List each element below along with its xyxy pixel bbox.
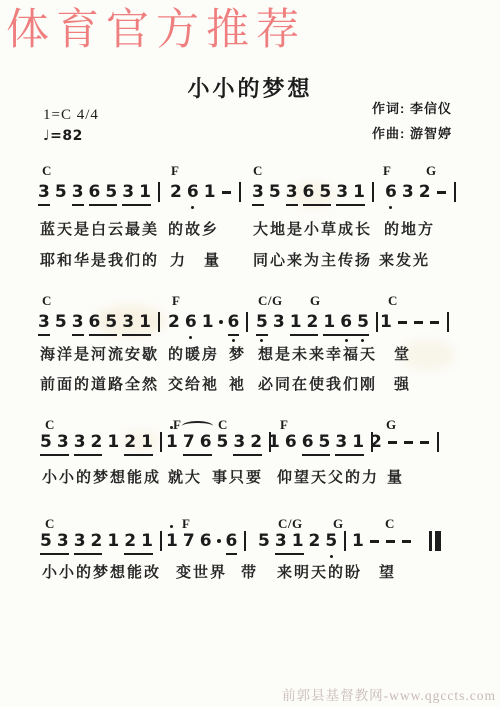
dash-note: [221, 182, 232, 202]
lyric-segment: 祂: [229, 373, 246, 394]
measure: 3536531: [38, 182, 162, 206]
note: 5: [40, 531, 52, 551]
dash-note: [397, 312, 408, 332]
dash-note: [419, 432, 430, 452]
note: 2: [250, 432, 262, 452]
dash-note: [385, 531, 396, 551]
note: 1: [353, 182, 365, 202]
chord-label: C: [45, 516, 55, 532]
lyric-segment: 前面的道路全然: [40, 373, 159, 394]
note: 1: [107, 531, 119, 551]
lyric-segment: 望: [379, 561, 396, 582]
chord-label: G: [310, 293, 321, 309]
lyric-segment: 量: [387, 466, 404, 487]
note-group: 31: [122, 312, 151, 336]
note-group: 32: [233, 432, 262, 456]
lyric-segment: 大地是小草成长: [253, 218, 372, 239]
bottom-watermark: 前郭县基督教网-www.qgccts.com: [282, 684, 496, 704]
note: 5: [258, 531, 270, 551]
lyric-segment: 小小的梦想能改: [42, 561, 161, 582]
chord-label: C: [42, 163, 52, 179]
composer-label: 作曲:: [372, 126, 405, 141]
lyricist-label: 作词:: [372, 101, 405, 116]
note: 3: [74, 531, 86, 551]
dotted-note-dot: [217, 539, 221, 543]
lyricist-credit: 作词: 李信仪: [372, 98, 452, 117]
chord-label: G: [386, 417, 397, 433]
chord-label: C: [42, 293, 52, 309]
note: 2: [370, 432, 382, 452]
note: 6: [185, 312, 197, 332]
note-group: 32: [74, 531, 103, 555]
note: 1: [166, 531, 178, 551]
note-group: 21: [124, 432, 153, 456]
note: 5: [319, 432, 331, 452]
note: 6: [285, 432, 297, 452]
measure: 53125: [258, 531, 348, 555]
lyric-segment: 必同在使我们刚: [258, 373, 377, 394]
note: 6: [226, 531, 238, 551]
chord-label: F: [280, 417, 288, 433]
lyric-segment: 耶和华是我们的: [40, 249, 159, 270]
note: 6: [187, 182, 199, 202]
key-time-signature: 1=C 4/4: [43, 107, 99, 124]
note-group: 165: [323, 312, 369, 336]
measure: 5332121: [40, 432, 164, 456]
note-group: 53: [40, 531, 69, 555]
note: 2: [170, 182, 182, 202]
lyricist-name: 李信仪: [410, 101, 452, 116]
note: 3: [38, 182, 50, 202]
note-group: 31: [336, 182, 365, 206]
lyric-segment: 的故乡: [168, 218, 219, 239]
chord-label: C: [253, 163, 263, 179]
note: 6: [200, 432, 212, 452]
note: 2: [419, 182, 431, 202]
measure: 1: [352, 531, 441, 551]
chord-label: C/G: [278, 516, 303, 532]
dotted-note-dot: [219, 320, 223, 324]
barline: [376, 312, 378, 332]
lyric-segment: 蓝天是白云最美: [40, 218, 159, 239]
lyric-segment: 梦: [229, 343, 246, 364]
chord-label: F: [172, 293, 180, 309]
barline: [244, 531, 246, 551]
dash-note: [401, 531, 412, 551]
barline: [158, 182, 160, 202]
note: 1: [352, 432, 364, 452]
note-underlined: 3: [72, 312, 84, 336]
top-watermark: 体育官方推荐: [6, 0, 306, 57]
note: 1: [139, 182, 151, 202]
note: 3: [122, 312, 134, 332]
chord-label: G: [426, 163, 437, 179]
measure: 3536531: [252, 182, 376, 206]
note-group: 65: [302, 432, 331, 456]
lyric-segment: 量: [204, 249, 221, 270]
chord-label: C: [45, 417, 55, 433]
note: 6: [303, 182, 315, 202]
note: 2: [309, 531, 321, 551]
lyric-segment: 强: [394, 373, 411, 394]
note-group: 53: [40, 432, 69, 456]
note: 5: [55, 312, 67, 332]
note: 1: [323, 312, 335, 332]
note: 6: [302, 432, 314, 452]
note: 5: [319, 182, 331, 202]
note-group: 65: [89, 312, 118, 336]
note: 1: [290, 312, 302, 332]
note-group: 31: [335, 432, 364, 456]
tempo-marking: ♩=82: [43, 128, 83, 144]
note: 3: [233, 432, 245, 452]
dash-note: [436, 182, 447, 202]
composer-name: 游智婷: [410, 126, 452, 141]
dash-note: [429, 312, 440, 332]
note: 1: [141, 432, 153, 452]
barline: [344, 531, 346, 551]
note: 5: [357, 312, 369, 332]
barline: [158, 312, 160, 332]
note-underlined: 3: [72, 182, 84, 206]
note: 5: [55, 182, 67, 202]
note: 1: [107, 432, 119, 452]
note-group: 31: [122, 182, 151, 206]
note: 5: [40, 432, 52, 452]
chord-label: F: [182, 516, 190, 532]
note-underlined: 6: [228, 312, 240, 336]
sheet-music-page: 体育官方推荐 小小的梦想 作词: 李信仪 作曲: 游智婷 1=C 4/4 ♩=8…: [0, 0, 500, 707]
song-title: 小小的梦想: [187, 72, 312, 103]
note: 1: [352, 531, 364, 551]
note: 1: [141, 531, 153, 551]
measure: 632: [385, 182, 458, 202]
lyric-segment: 来明天的盼: [277, 561, 362, 582]
note-group: 65: [303, 182, 332, 206]
note-underlined: 6: [226, 531, 238, 555]
barline: [372, 182, 374, 202]
lyric-segment: 交给祂: [168, 373, 219, 394]
lyric-segment: 小小的梦想能成: [42, 466, 161, 487]
dash-note: [387, 432, 398, 452]
note: 6: [385, 182, 397, 202]
final-barline: [429, 531, 441, 551]
lyric-segment: 变世界: [176, 561, 227, 582]
note: 5: [105, 182, 117, 202]
note: 3: [336, 182, 348, 202]
chord-label: F: [171, 163, 179, 179]
chord-label: C: [385, 516, 395, 532]
dash-note: [413, 312, 424, 332]
measure: 2: [370, 432, 441, 452]
note-underlined: 3: [38, 312, 50, 336]
note: 2: [91, 531, 103, 551]
measure: 1766: [166, 531, 248, 555]
chord-label: G: [333, 516, 344, 532]
barline: [239, 182, 241, 202]
barline: [454, 182, 456, 202]
note: 3: [38, 312, 50, 332]
note: 5: [217, 432, 229, 452]
note: 6: [340, 312, 352, 332]
note: 3: [252, 182, 264, 202]
note: 6: [228, 312, 240, 332]
dash-note: [403, 432, 414, 452]
measure: 261: [170, 182, 243, 202]
measure: 176532: [166, 432, 273, 456]
note: 3: [72, 182, 84, 202]
measure: 2616: [168, 312, 250, 336]
note: 3: [72, 312, 84, 332]
note: 5: [269, 182, 281, 202]
lyric-segment: 仰望天父的力: [277, 466, 379, 487]
lyric-segment: 来发光: [379, 249, 430, 270]
note-underlined: 3: [286, 182, 298, 206]
measure: 5332121: [40, 531, 164, 555]
chord-label: F: [173, 417, 181, 433]
note: 6: [89, 182, 101, 202]
note: 6: [89, 312, 101, 332]
note-group: 12: [290, 312, 319, 336]
note: 5: [256, 312, 268, 332]
note: 2: [168, 312, 180, 332]
chord-label: C: [218, 417, 228, 433]
note: 3: [122, 182, 134, 202]
lyric-segment: 的暖房: [168, 343, 219, 364]
chord-label: C: [388, 293, 398, 309]
lyric-segment: 想是未来幸福天: [258, 343, 377, 364]
measure: 3536531: [38, 312, 162, 336]
note: 3: [335, 432, 347, 452]
note-group: 21: [124, 531, 153, 555]
note: 3: [57, 432, 69, 452]
note-group: 65: [89, 182, 118, 206]
lyric-segment: 堂: [394, 343, 411, 364]
note: 6: [200, 531, 212, 551]
lyric-segment: 事只要: [212, 466, 263, 487]
measure: 166531: [268, 432, 375, 456]
note: 1: [139, 312, 151, 332]
chord-label: C/G: [258, 293, 283, 309]
measure: 1: [380, 312, 451, 332]
note: 2: [91, 432, 103, 452]
note: 2: [124, 531, 136, 551]
note: 1: [268, 432, 280, 452]
note-group: 32: [74, 432, 103, 456]
note: 5: [325, 531, 337, 551]
note: 7: [183, 531, 195, 551]
barline: [437, 432, 439, 452]
note: 5: [105, 312, 117, 332]
note-group: 31: [275, 531, 304, 555]
note: 1: [202, 312, 214, 332]
note: 1: [292, 531, 304, 551]
barline: [160, 432, 162, 452]
chord-label: F: [383, 163, 391, 179]
note: 2: [307, 312, 319, 332]
note-underlined: 5: [256, 312, 268, 336]
lyric-segment: 的地方: [384, 218, 435, 239]
final-barline-thin: [429, 531, 432, 551]
note: 2: [124, 432, 136, 452]
measure: 5312165: [256, 312, 380, 336]
lyric-segment: 带: [241, 561, 258, 582]
note: 3: [275, 531, 287, 551]
note: 1: [204, 182, 216, 202]
barline: [447, 312, 449, 332]
note: 1: [380, 312, 392, 332]
note: 1: [166, 432, 178, 452]
note: 3: [402, 182, 414, 202]
lyric-segment: 同心来为主传扬: [253, 249, 372, 270]
barline: [160, 531, 162, 551]
note: 3: [273, 312, 285, 332]
dash-note: [369, 531, 380, 551]
note-underlined: 3: [252, 182, 264, 206]
note: 3: [74, 432, 86, 452]
note: 3: [57, 531, 69, 551]
barline: [246, 312, 248, 332]
final-barline-thick: [435, 531, 441, 551]
composer-credit: 作曲: 游智婷: [372, 123, 452, 142]
note: 3: [286, 182, 298, 202]
note-group: 76: [183, 432, 212, 456]
lyric-segment: 海洋是河流安歇: [40, 343, 159, 364]
slur-arc: [182, 421, 213, 431]
note-underlined: 3: [38, 182, 50, 206]
note: 7: [183, 432, 195, 452]
lyric-segment: 就大: [168, 466, 202, 487]
lyric-segment: 力: [170, 249, 187, 270]
